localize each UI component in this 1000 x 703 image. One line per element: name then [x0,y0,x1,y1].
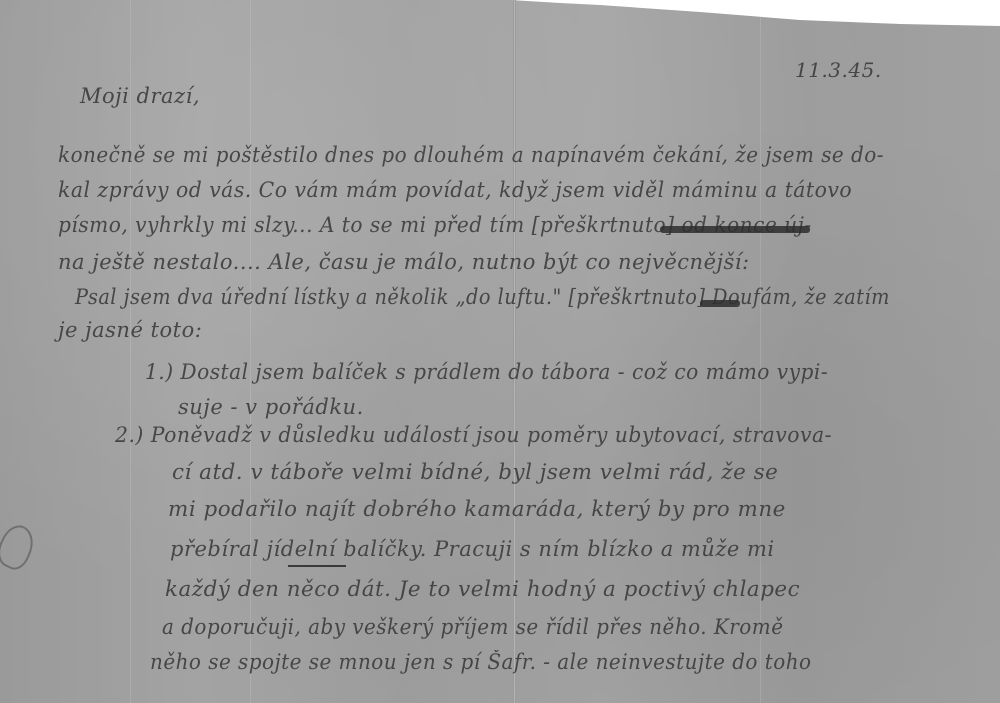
letter-line: kal zprávy od vás. Co vám mám povídat, k… [58,178,852,202]
letter-line: konečně se mi poštěstilo dnes po dlouhém… [58,143,884,167]
letter-date: 11.3.45. [795,58,882,82]
underline-mark [288,565,346,567]
crossed-out-text [660,226,810,233]
letter-line: přebíral jídelní balíčky. Pracuji s ním … [170,537,775,561]
letter-line: na ještě nestalo.... Ale, času je málo, … [58,250,750,274]
letter-line: Psal jsem dva úřední lístky a několik „d… [75,285,890,309]
letter-line: něho se spojte se mnou jen s pí Šafr. - … [150,650,812,674]
letter-line: je jasné toto: [58,318,202,342]
letter-line: písmo, vyhrkly mi slzy... A to se mi pře… [58,213,812,237]
letter-line: mi podařilo najít dobrého kamaráda, kter… [168,497,786,521]
crossed-out-text [700,300,740,307]
list-item-1-continued: suje - v pořádku. [178,395,364,419]
salutation: Moji drazí, [80,84,200,108]
list-item-2: 2.) Poněvadž v důsledku událostí jsou po… [115,423,832,447]
letter-line: cí atd. v táboře velmi bídné, byl jsem v… [172,460,778,484]
letter-line: každý den něco dát. Je to velmi hodný a … [165,577,800,601]
list-item-1: 1.) Dostal jsem balíček s prádlem do táb… [145,360,828,384]
letter-line: a doporučuji, aby veškerý příjem se řídi… [162,615,783,639]
